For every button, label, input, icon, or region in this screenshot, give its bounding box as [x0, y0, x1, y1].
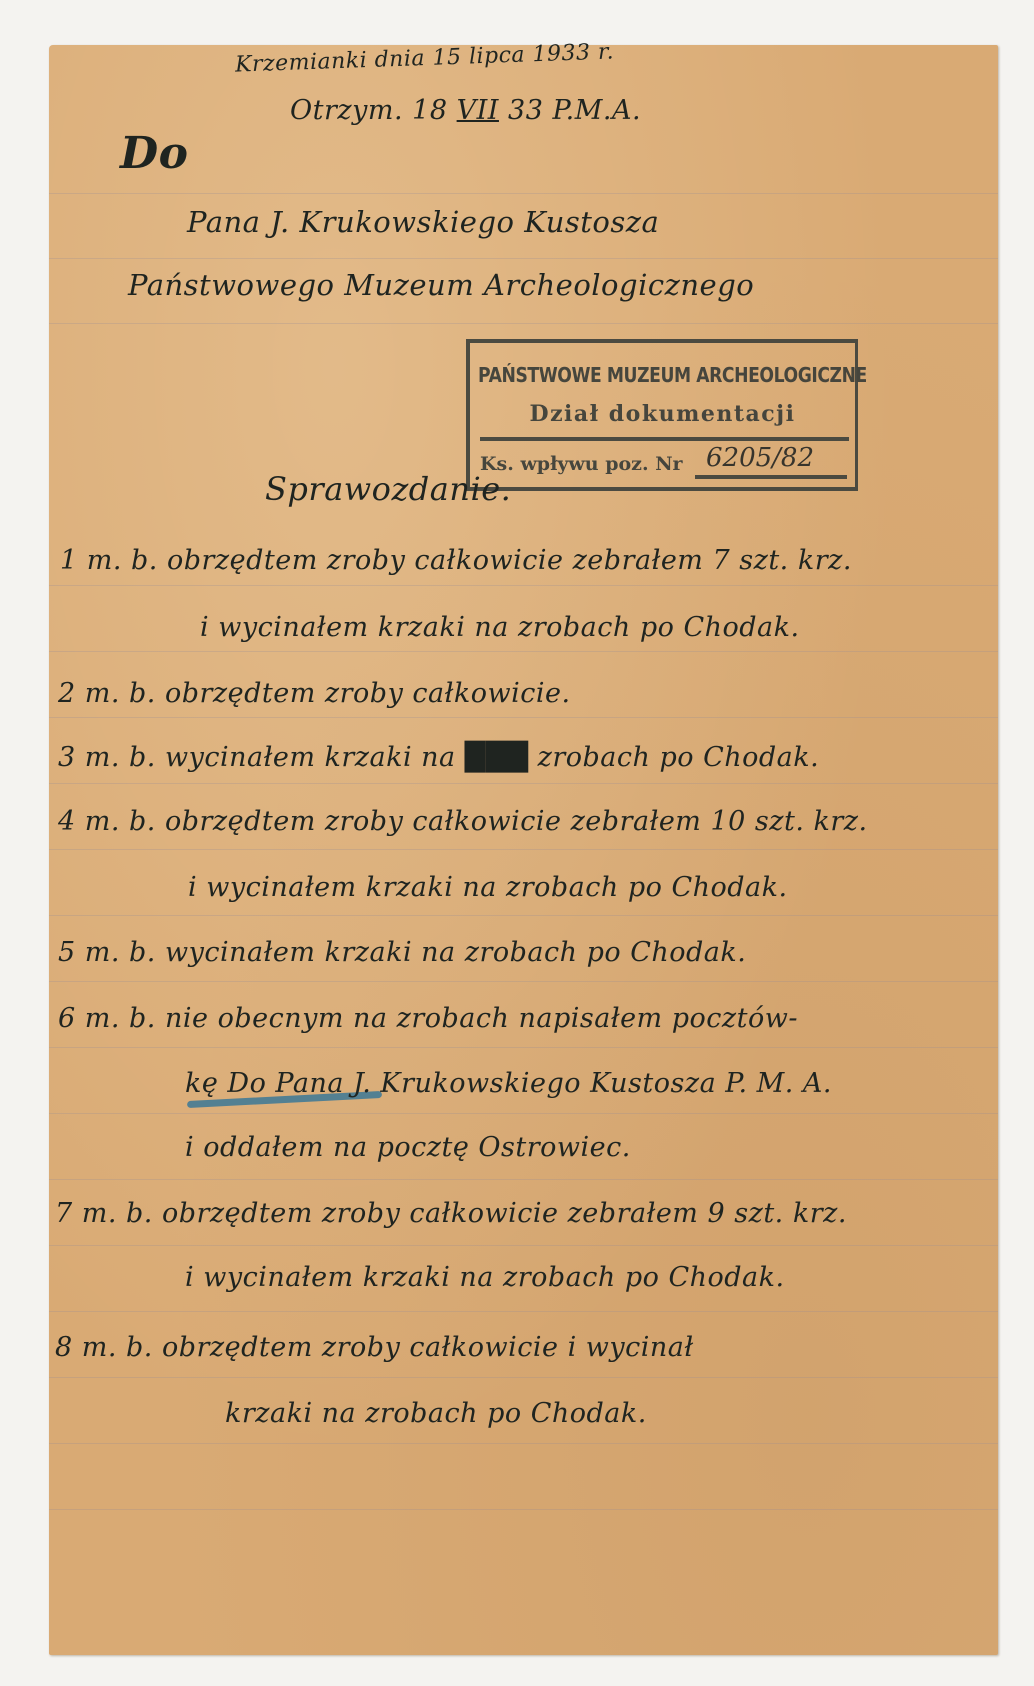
report-line: kę Do Pana J. Krukowskiego Kustosza P. M… — [185, 1068, 832, 1099]
report-line: 4 m. b. obrzędtem zroby całkowicie zebra… — [58, 806, 868, 837]
addressee-line-2: Państwowego Muzeum Archeologicznego — [128, 268, 754, 302]
ruled-line — [49, 1047, 998, 1048]
report-line: 7 m. b. obrzędtem zroby całkowicie zebra… — [55, 1198, 847, 1229]
received-month: VII — [457, 95, 499, 126]
ruled-line — [49, 258, 998, 259]
report-line: 2 m. b. obrzędtem zroby całkowicie. — [58, 678, 571, 709]
ruled-line — [49, 981, 998, 982]
ruled-line — [49, 849, 998, 850]
ruled-line — [49, 585, 998, 586]
addressee-line-1: Pana J. Krukowskiego Kustosza — [187, 205, 659, 239]
ruled-line — [49, 323, 998, 324]
received-initials: 33 P.M.A. — [508, 95, 641, 126]
ruled-line — [49, 1113, 998, 1114]
museum-stamp: PAŃSTWOWE MUZEUM ARCHEOLOGICZNE Dział do… — [466, 339, 858, 491]
received-prefix: Otrzym. — [290, 95, 403, 126]
stamp-department: Dział dokumentacji — [470, 401, 855, 427]
received-day: 18 — [412, 95, 447, 126]
report-line: 1 m. b. obrzędtem zroby całkowicie zebra… — [60, 545, 852, 576]
ruled-line — [49, 1443, 998, 1444]
stamp-divider — [480, 437, 849, 441]
received-note: Otrzym. 18 VII 33 P.M.A. — [290, 95, 641, 126]
report-line: 8 m. b. obrzędtem zroby całkowicie i wyc… — [55, 1332, 694, 1363]
ruled-line — [49, 651, 998, 652]
ruled-line — [49, 1377, 998, 1378]
report-line: 6 m. b. nie obecnym na zrobach napisałem… — [58, 1003, 798, 1034]
report-line: i wycinałem krzaki na zrobach po Chodak. — [188, 872, 788, 903]
ruled-line — [49, 1245, 998, 1246]
report-line: i wycinałem krzaki na zrobach po Chodak. — [200, 612, 800, 643]
ruled-line — [49, 1509, 998, 1510]
report-line: 5 m. b. wycinałem krzaki na zrobach po C… — [58, 937, 746, 968]
stamp-institution: PAŃSTWOWE MUZEUM ARCHEOLOGICZNE — [478, 363, 867, 387]
report-line: 3 m. b. wycinałem krzaki na ███ zrobach … — [58, 742, 819, 773]
ruled-line — [49, 193, 998, 194]
report-line: i wycinałem krzaki na zrobach po Chodak. — [185, 1262, 785, 1293]
stamp-number-underline — [695, 475, 847, 479]
report-heading: Sprawozdanie. — [265, 470, 511, 508]
report-line: i oddałem na pocztę Ostrowiec. — [185, 1132, 631, 1163]
salutation: Do — [120, 128, 189, 179]
ruled-line — [49, 783, 998, 784]
ruled-line — [49, 915, 998, 916]
ruled-line — [49, 1179, 998, 1180]
stamp-register-number: 6205/82 — [706, 443, 814, 473]
ruled-line — [49, 717, 998, 718]
ruled-line — [49, 1311, 998, 1312]
report-line: krzaki na zrobach po Chodak. — [225, 1398, 647, 1429]
